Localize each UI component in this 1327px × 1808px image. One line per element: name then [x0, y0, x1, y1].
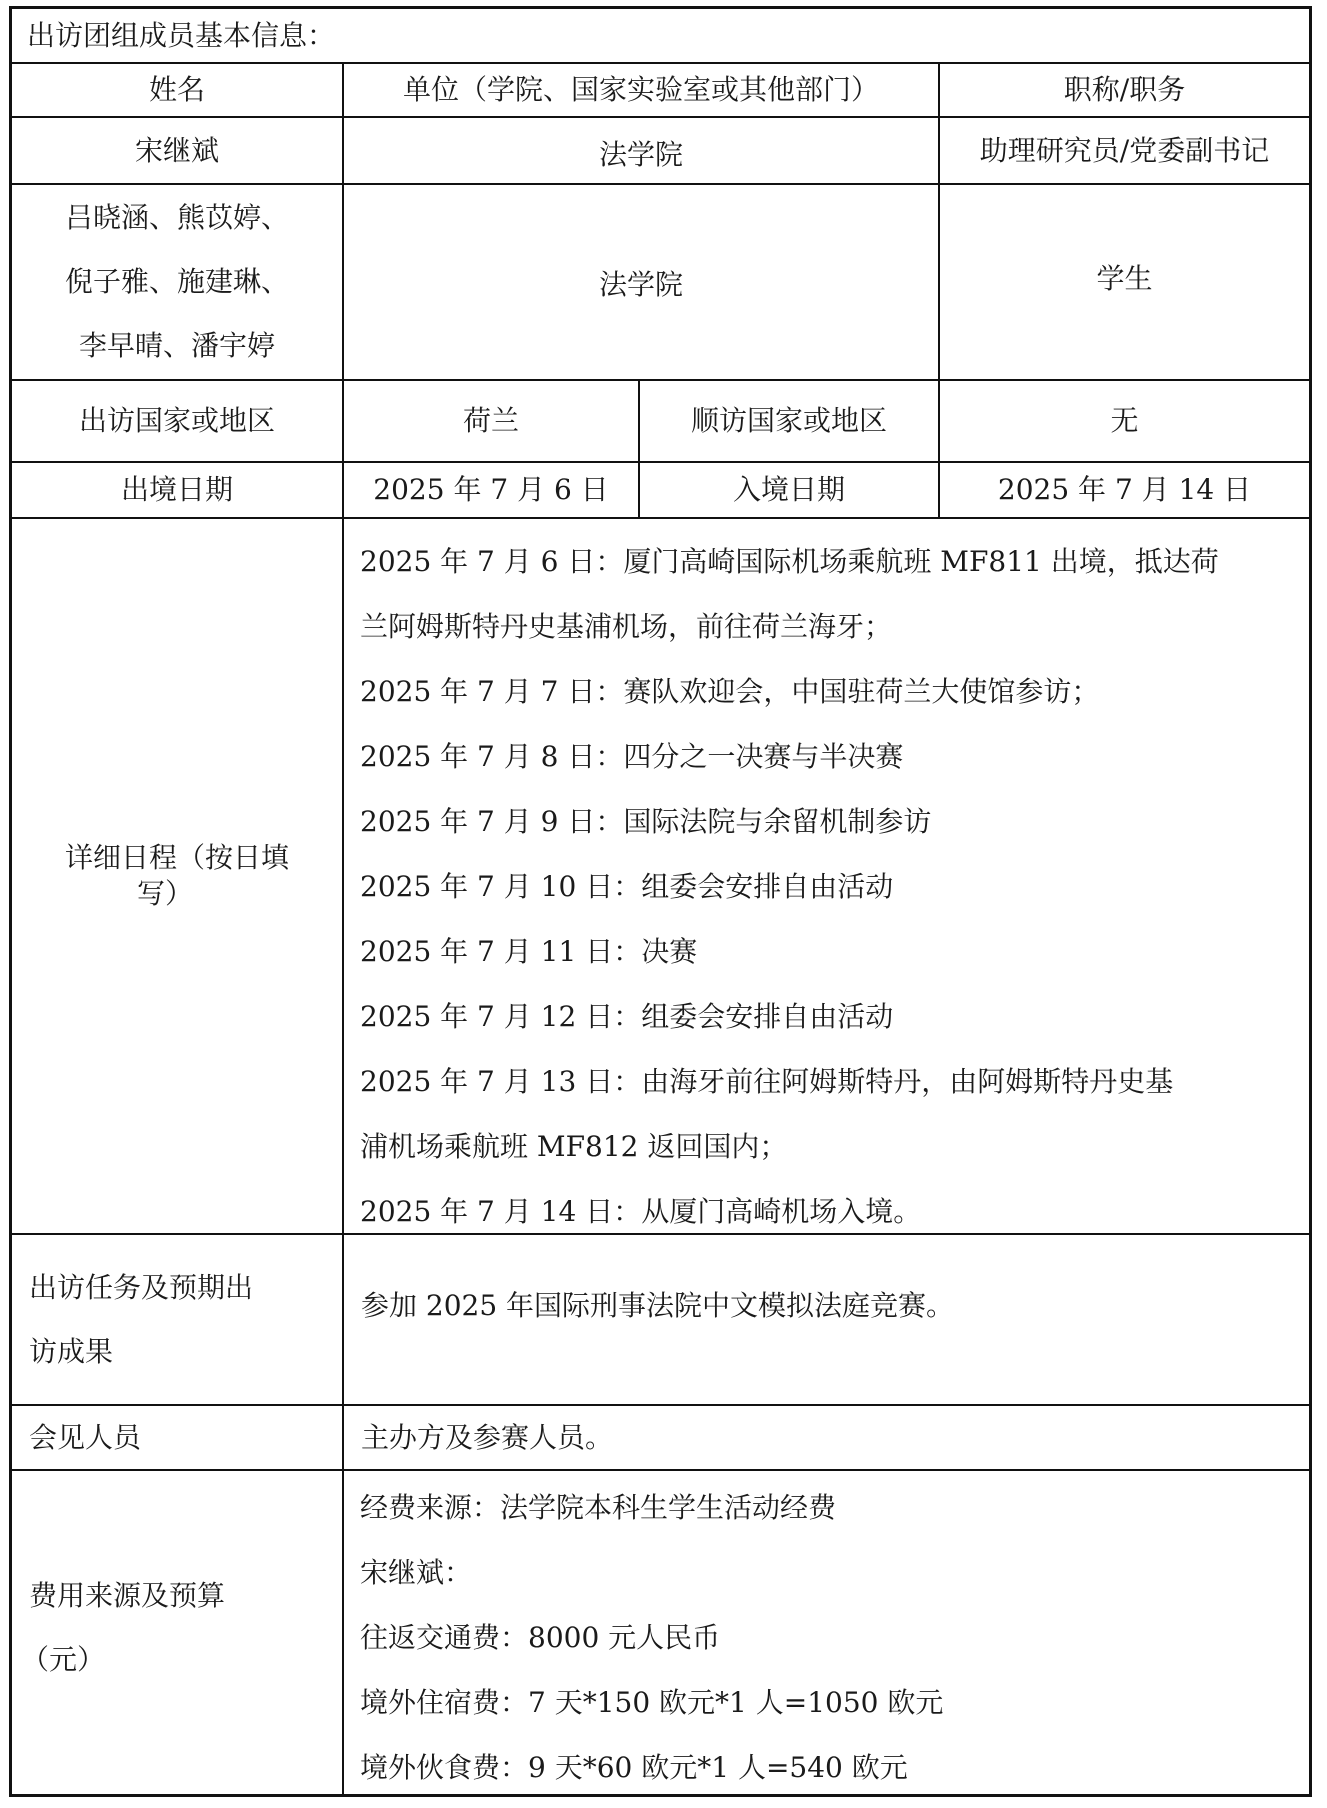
budget-line: 境外住宿费：7 天*150 欧元*1 人=1050 欧元	[360, 1670, 943, 1735]
schedule-line: 兰阿姆斯特丹史基浦机场，前往荷兰海牙；	[360, 594, 892, 659]
header-unit: 单位（学院、国家实验室或其他部门）	[403, 74, 879, 106]
schedule-line: 2025 年 7 月 11 日：决赛	[360, 919, 697, 984]
meeting-value-cell: 主办方及参赛人员。	[344, 1406, 1309, 1471]
schedule-line: 2025 年 7 月 6 日：厦门高崎国际机场乘航班 MF811 出境，抵达荷	[360, 529, 1219, 594]
member-names-cell: 吕晓涵、熊苡婷、 倪子雅、施建琳、 李早晴、潘宇婷	[12, 185, 344, 381]
exit-date-value: 2025 年 7 月 6 日	[373, 474, 608, 506]
schedule-label-line: 详细日程（按日填	[65, 840, 289, 876]
destination-label: 出访国家或地区	[79, 405, 275, 437]
destination-value-cell: 荷兰	[344, 381, 640, 463]
header-title-cell: 职称/职务	[940, 64, 1309, 118]
section-title: 出访团组成员基本信息：	[27, 20, 335, 52]
destination-label-cell: 出访国家或地区	[12, 381, 344, 463]
member-unit-cell: 法学院	[344, 185, 940, 381]
entry-date-label: 入境日期	[733, 474, 845, 506]
exit-date-value-cell: 2025 年 7 月 6 日	[344, 463, 640, 519]
mission-value-cell: 参加 2025 年国际刑事法院中文模拟法庭竞赛。	[344, 1235, 1309, 1406]
destination-value: 荷兰	[463, 405, 519, 437]
member-title-cell: 学生	[940, 185, 1309, 381]
member-unit: 法学院	[599, 269, 683, 301]
schedule-line: 2025 年 7 月 12 日：组委会安排自由活动	[360, 984, 893, 1049]
budget-content-cell: 经费来源：法学院本科生学生活动经费 宋继斌： 往返交通费：8000 元人民币 境…	[344, 1471, 1309, 1794]
schedule-line: 2025 年 7 月 9 日：国际法院与余留机制参访	[360, 789, 931, 854]
budget-line: 境外伙食费：9 天*60 欧元*1 人=540 欧元	[360, 1735, 908, 1800]
budget-label-cell: 费用来源及预算 （元）	[12, 1471, 344, 1794]
header-unit-cell: 单位（学院、国家实验室或其他部门）	[344, 64, 940, 118]
meeting-value: 主办方及参赛人员。	[361, 1422, 613, 1454]
entry-date-label-cell: 入境日期	[640, 463, 940, 519]
budget-line: 宋继斌：	[360, 1540, 472, 1605]
member-name: 宋继斌	[135, 135, 219, 167]
member-title: 助理研究员/党委副书记	[980, 135, 1269, 167]
entry-date-value: 2025 年 7 月 14 日	[998, 474, 1251, 506]
member-names-line: 倪子雅、施建琳、	[65, 250, 289, 314]
member-names-line: 吕晓涵、熊苡婷、	[65, 186, 289, 250]
member-name-cell: 宋继斌	[12, 118, 344, 185]
member-names-line: 李早晴、潘宇婷	[79, 314, 275, 378]
header-name: 姓名	[149, 74, 205, 106]
transit-value: 无	[1110, 405, 1138, 437]
mission-label-line: 出访任务及预期出	[29, 1256, 253, 1320]
budget-label-line: （元）	[21, 1628, 105, 1692]
member-title: 学生	[1096, 263, 1152, 295]
mission-label-line: 访成果	[29, 1320, 113, 1384]
budget-line: 经费来源：法学院本科生学生活动经费	[360, 1475, 836, 1540]
meeting-label: 会见人员	[29, 1422, 141, 1454]
budget-label-line: 费用来源及预算	[29, 1564, 225, 1628]
schedule-content-cell: 2025 年 7 月 6 日：厦门高崎国际机场乘航班 MF811 出境，抵达荷 …	[344, 519, 1309, 1235]
schedule-line: 2025 年 7 月 8 日：四分之一决赛与半决赛	[360, 724, 903, 789]
budget-line: 往返交通费：8000 元人民币	[360, 1605, 720, 1670]
member-unit-cell: 法学院	[344, 118, 940, 185]
visit-info-table: 出访团组成员基本信息： 姓名 单位（学院、国家实验室或其他部门） 职称/职务 宋…	[9, 6, 1312, 1797]
meeting-label-cell: 会见人员	[12, 1406, 344, 1471]
schedule-label-cell: 详细日程（按日填 写）	[12, 519, 344, 1235]
header-title: 职称/职务	[1064, 74, 1185, 106]
schedule-line: 2025 年 7 月 7 日：赛队欢迎会，中国驻荷兰大使馆参访；	[360, 659, 1099, 724]
schedule-line: 浦机场乘航班 MF812 返回国内；	[360, 1114, 787, 1179]
transit-label-cell: 顺访国家或地区	[640, 381, 940, 463]
section-title-cell: 出访团组成员基本信息：	[12, 9, 1309, 64]
mission-label-cell: 出访任务及预期出 访成果	[12, 1235, 344, 1406]
mission-value: 参加 2025 年国际刑事法院中文模拟法庭竞赛。	[361, 1290, 954, 1322]
schedule-line: 2025 年 7 月 13 日：由海牙前往阿姆斯特丹，由阿姆斯特丹史基	[360, 1049, 1173, 1114]
schedule-label-line: 写）	[137, 876, 193, 912]
header-name-cell: 姓名	[12, 64, 344, 118]
transit-label: 顺访国家或地区	[691, 405, 887, 437]
entry-date-value-cell: 2025 年 7 月 14 日	[940, 463, 1309, 519]
exit-date-label: 出境日期	[121, 474, 233, 506]
member-unit: 法学院	[599, 139, 683, 171]
transit-value-cell: 无	[940, 381, 1309, 463]
schedule-line: 2025 年 7 月 10 日：组委会安排自由活动	[360, 854, 893, 919]
exit-date-label-cell: 出境日期	[12, 463, 344, 519]
member-title-cell: 助理研究员/党委副书记	[940, 118, 1309, 185]
